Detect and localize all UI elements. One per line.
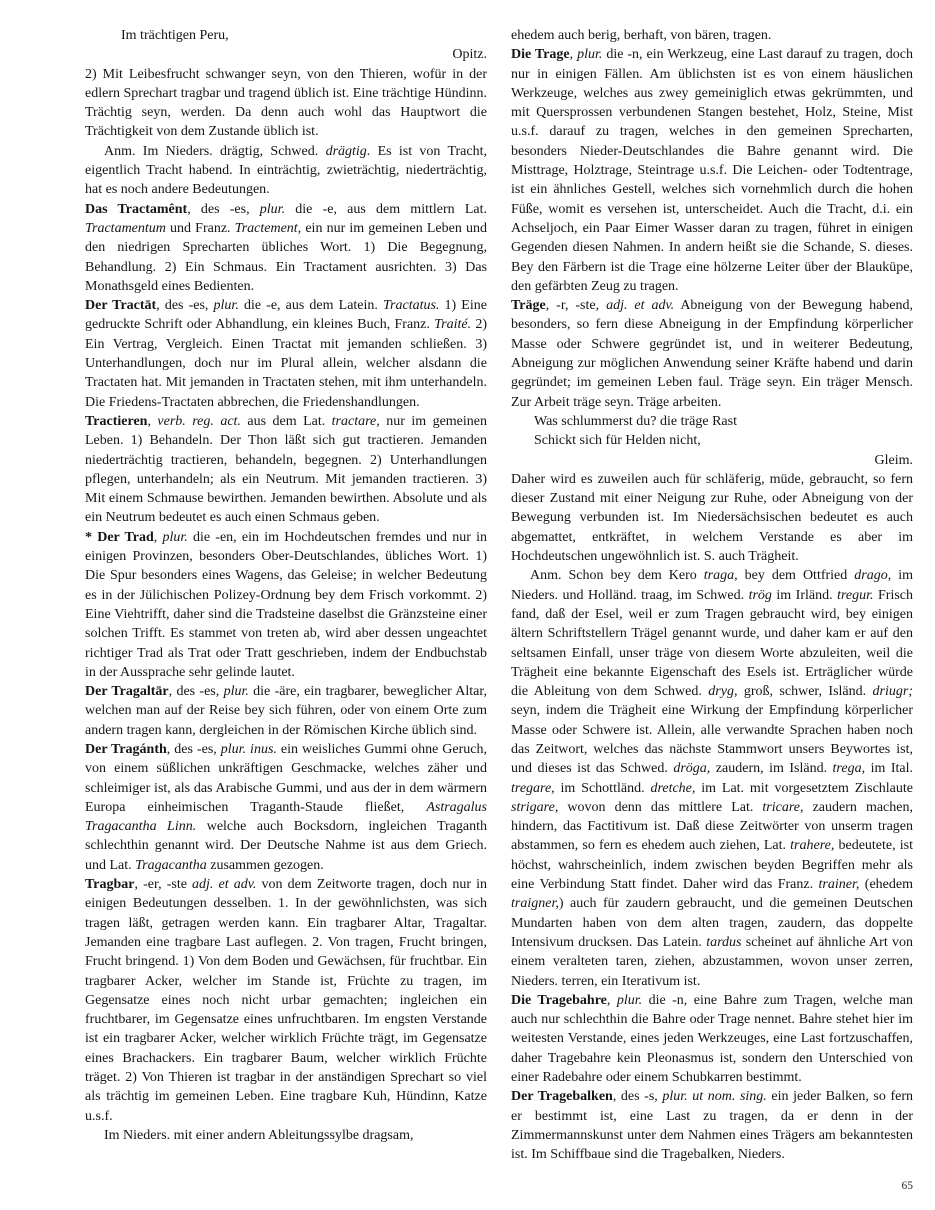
- entry-tractieren: Tractieren, verb. reg. act. aus dem Lat.…: [85, 412, 487, 528]
- headword: Das Tractamênt: [85, 202, 187, 217]
- right-column: ehedem auch berig, berhaft, von bären, t…: [511, 26, 913, 1165]
- headword: Die Trage: [511, 47, 570, 62]
- attribution-gleim: Gleim.: [511, 451, 913, 470]
- headword: Der Tragaltār: [85, 684, 169, 699]
- entry-trad: * Der Trad, plur. die -en, ein im Hochde…: [85, 528, 487, 682]
- verse-line: Im trächtigen Peru,: [85, 26, 487, 45]
- anm-paragraph: Anm. Im Nieders. drägtig, Schwed. drägti…: [85, 142, 487, 200]
- entry-traege: Träge, -r, -ste, adj. et adv. Abneigung …: [511, 296, 913, 412]
- left-column: Im trächtigen Peru,Opitz.2) Mit Leibesfr…: [85, 26, 487, 1165]
- dictionary-page: Im trächtigen Peru,Opitz.2) Mit Leibesfr…: [0, 0, 935, 1210]
- sense-continuation: Daher wird es zuweilen auch für schläfer…: [511, 470, 913, 566]
- headword: Tractieren: [85, 414, 147, 429]
- headword: Der Tractāt: [85, 298, 156, 313]
- text-columns: Im trächtigen Peru,Opitz.2) Mit Leibesfr…: [85, 26, 913, 1165]
- entry-tragebahre: Die Tragebahre, plur. die -n, eine Bahre…: [511, 991, 913, 1087]
- attribution-opitz: Opitz.: [85, 45, 487, 64]
- headword: Der Tragánth: [85, 742, 167, 757]
- headword: * Der Trad: [85, 530, 154, 545]
- verse-line: Was schlummerst du? die träge Rast: [511, 412, 913, 431]
- headword: Die Tragebahre: [511, 993, 607, 1008]
- headword: Träge: [511, 298, 546, 313]
- page-number: 65: [902, 1180, 914, 1192]
- niederdeutsch-note: Im Nieders. mit einer andern Ableitungss…: [85, 1126, 487, 1145]
- entry-traganth: Der Tragánth, des -es, plur. inus. ein w…: [85, 740, 487, 875]
- entry-tragbar: Tragbar, -er, -ste adj. et adv. von dem …: [85, 875, 487, 1126]
- headword: Der Tragebalken: [511, 1089, 613, 1104]
- sense-continuation: 2) Mit Leibesfrucht schwanger seyn, von …: [85, 65, 487, 142]
- entry-tractat: Der Tractāt, des -es, plur. die -e, aus …: [85, 296, 487, 412]
- entry-tractament: Das Tractamênt, des -es, plur. die -e, a…: [85, 200, 487, 296]
- headword: Tragbar: [85, 877, 135, 892]
- entry-trage: Die Trage, plur. die -n, ein Werkzeug, e…: [511, 45, 913, 296]
- entry-tragebalken: Der Tragebalken, des -s, plur. ut nom. s…: [511, 1087, 913, 1164]
- verse-line: Schickt sich für Helden nicht,: [511, 431, 913, 450]
- anm-paragraph: Anm. Schon bey dem Kero traga, bey dem O…: [511, 566, 913, 991]
- entry-tragaltar: Der Tragaltār, des -es, plur. die -äre, …: [85, 682, 487, 740]
- note-continuation: ehedem auch berig, berhaft, von bären, t…: [511, 26, 913, 45]
